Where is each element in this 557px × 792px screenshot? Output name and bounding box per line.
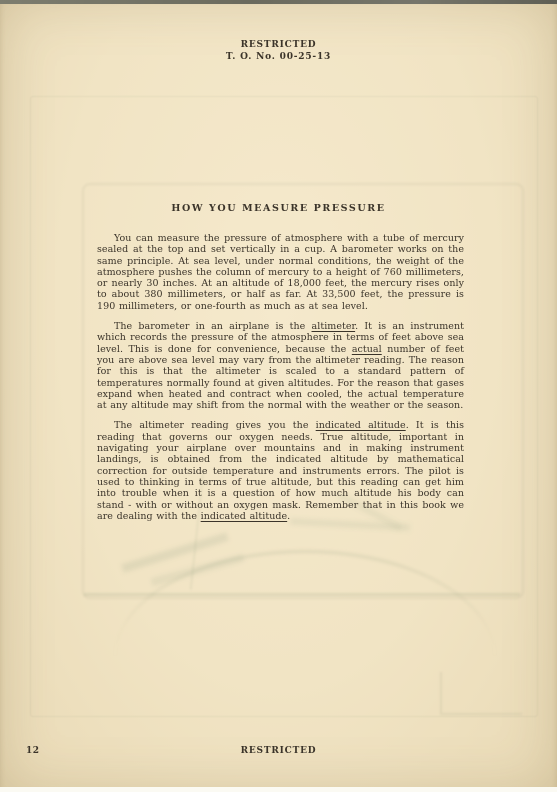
body-text: You can measure the pressure of atmosphe…: [97, 233, 464, 531]
bleedthrough-dome-curve: [115, 550, 495, 663]
scan-edge-bottom: [0, 787, 557, 792]
bleedthrough-corner: [440, 672, 522, 715]
underlined-term: actual: [352, 344, 382, 355]
header-order-number: T. O. No. 00-25-13: [0, 51, 557, 63]
text-run: The altimeter reading gives you the: [114, 420, 316, 431]
scan-edge-top: [0, 0, 557, 4]
paragraph: The altimeter reading gives you the indi…: [97, 420, 464, 522]
document-header: RESTRICTED T. O. No. 00-25-13: [0, 39, 557, 63]
paragraph: You can measure the pressure of atmosphe…: [97, 233, 464, 312]
underlined-term: indicated altitude: [316, 420, 406, 431]
bleedthrough-smudge: [121, 532, 229, 573]
page-title: HOW YOU MEASURE PRESSURE: [0, 203, 557, 214]
underlined-term: altimeter: [312, 321, 356, 332]
header-classification: RESTRICTED: [0, 39, 557, 51]
bleedthrough-baseline: [84, 593, 520, 596]
text-run: The barometer in an airplane is the: [114, 321, 312, 332]
document-footer: 12 RESTRICTED: [0, 746, 557, 760]
underlined-term: indicated altitude: [201, 511, 288, 522]
text-run: .: [287, 511, 290, 522]
paragraph: The barometer in an airplane is the alti…: [97, 321, 464, 411]
scanned-document-page: RESTRICTED T. O. No. 00-25-13 HOW YOU ME…: [0, 0, 557, 792]
bleedthrough-smudge: [151, 554, 245, 586]
text-run: You can measure the pressure of atmosphe…: [97, 233, 464, 312]
text-run: . It is this reading that governs our ox…: [97, 420, 464, 521]
footer-classification: RESTRICTED: [0, 746, 557, 756]
